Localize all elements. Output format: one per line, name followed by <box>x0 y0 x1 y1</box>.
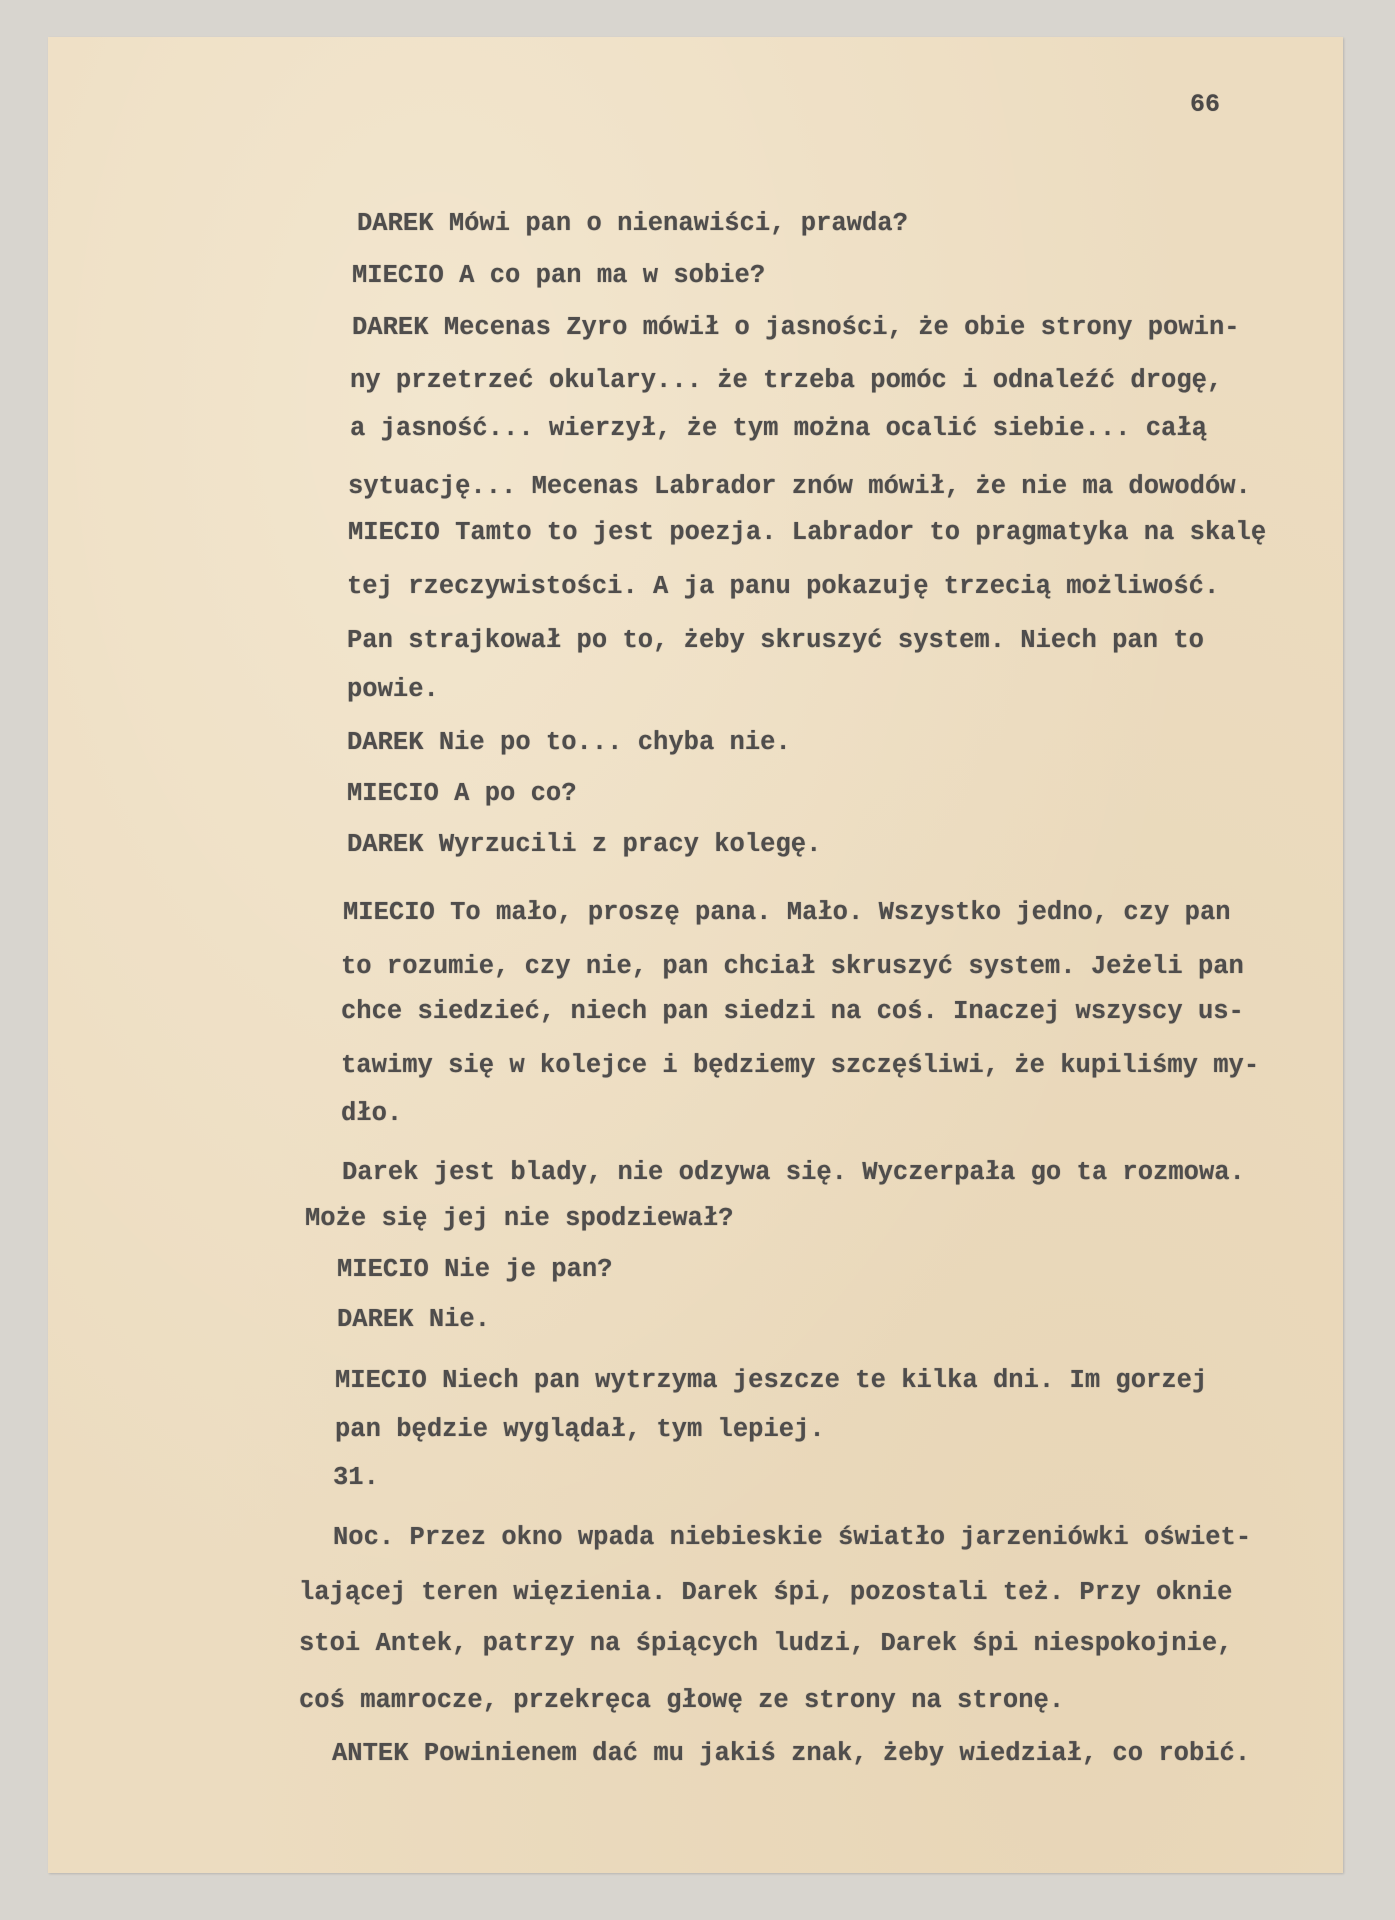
text-line: stoi Antek, patrzy na śpiących ludzi, Da… <box>299 1630 1232 1658</box>
text-line: coś mamrocze, przekręca głowę ze strony … <box>299 1687 1064 1715</box>
text-line: lającej teren więzienia. Darek śpi, pozo… <box>299 1579 1232 1607</box>
text-line: to rozumie, czy nie, pan chciał skruszyć… <box>341 953 1244 981</box>
text-line: MIECIO Nie je pan? <box>337 1256 612 1284</box>
text-line: 31. <box>333 1464 379 1492</box>
text-line: MIECIO A co pan ma w sobie? <box>352 262 765 290</box>
text-line: DAREK Nie po to... chyba nie. <box>347 729 791 757</box>
text-line: ANTEK Powinienem dać mu jakiś znak, żeby… <box>332 1740 1250 1768</box>
text-line: MIECIO Niech pan wytrzyma jeszcze te kil… <box>335 1367 1207 1395</box>
text-line: powie. <box>347 676 439 704</box>
text-line: a jasność... wierzył, że tym można ocali… <box>350 415 1207 443</box>
text-line: chce siedzieć, niech pan siedzi na coś. … <box>341 998 1244 1026</box>
text-line: ny przetrzeć okulary... że trzeba pomóc … <box>350 367 1222 395</box>
text-line: DAREK Nie. <box>337 1306 490 1334</box>
text-line: tawimy się w kolejce i będziemy szczęśli… <box>341 1052 1259 1080</box>
text-line: sytuację... Mecenas Labrador znów mówił,… <box>348 473 1251 501</box>
text-line: DAREK Wyrzucili z pracy kolegę. <box>347 831 821 859</box>
text-line: pan będzie wyglądał, tym lepiej. <box>335 1416 825 1444</box>
text-line: MIECIO A po co? <box>347 780 577 808</box>
text-line: Noc. Przez okno wpada niebieskie światło… <box>333 1524 1251 1552</box>
text-line: dło. <box>341 1100 402 1128</box>
text-line: MIECIO Tamto to jest poezja. Labrador to… <box>348 519 1266 547</box>
text-line: tej rzeczywistości. A ja panu pokazuję t… <box>347 573 1219 601</box>
text-line: Darek jest blady, nie odzywa się. Wyczer… <box>342 1159 1245 1187</box>
text-line: Może się jej nie spodziewał? <box>305 1205 733 1233</box>
text-line: DAREK Mówi pan o nienawiści, prawda? <box>357 210 908 238</box>
text-line: MIECIO To mało, proszę pana. Mało. Wszys… <box>343 899 1231 927</box>
page-number: 66 <box>1190 90 1220 119</box>
text-line: Pan strajkował po to, żeby skruszyć syst… <box>347 627 1204 655</box>
text-line: DAREK Mecenas Zyro mówił o jasności, że … <box>352 314 1240 342</box>
